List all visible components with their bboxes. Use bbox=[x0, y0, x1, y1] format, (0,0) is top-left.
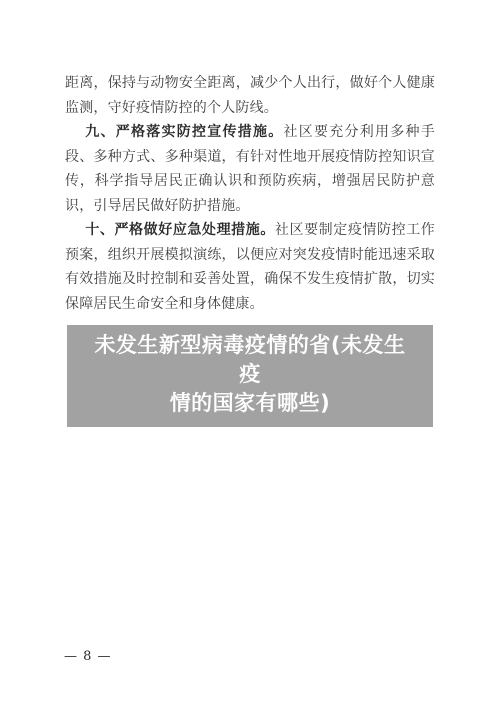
title-banner: 未发生新型病毒疫情的省(未发生疫 情的国家有哪些) bbox=[67, 325, 433, 427]
page-number: — 8 — bbox=[64, 649, 112, 665]
paragraph-section-10: 十、严格做好应急处理措施。社区要制定疫情防控工作预案，组织开展模拟演练，以便应对… bbox=[65, 218, 435, 316]
paragraph-text: 距离，保持与动物安全距离，减少个人出行，做好个人健康监测，守好疫情防控的个人防线… bbox=[65, 75, 435, 116]
document-page: 距离，保持与动物安全距离，减少个人出行，做好个人健康监测，守好疫情防控的个人防线… bbox=[0, 0, 500, 707]
paragraph-continuation: 距离，保持与动物安全距离，减少个人出行，做好个人健康监测，守好疫情防控的个人防线… bbox=[65, 71, 435, 120]
banner-line-1: 未发生新型病毒疫情的省(未发生疫 bbox=[89, 331, 411, 389]
text-column: 距离，保持与动物安全距离，减少个人出行，做好个人健康监测，守好疫情防控的个人防线… bbox=[65, 71, 435, 427]
banner-line-2: 情的国家有哪些) bbox=[89, 389, 411, 418]
section-heading: 九、严格落实防控宣传措施。 bbox=[85, 124, 283, 140]
paragraph-section-9: 九、严格落实防控宣传措施。社区要充分利用多种手段、多种方式、多种渠道，有针对性地… bbox=[65, 120, 435, 218]
section-heading: 十、严格做好应急处理措施。 bbox=[85, 222, 275, 238]
